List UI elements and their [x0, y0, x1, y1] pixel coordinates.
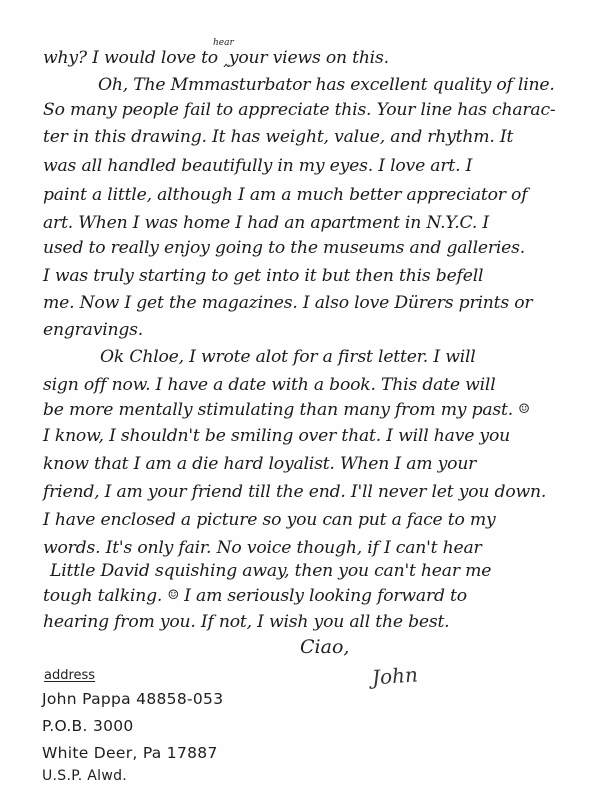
letter-line-19: words. It's only fair. No voice though, …	[43, 538, 482, 558]
letter-line-7: art. When I was home I had an apartment …	[43, 213, 489, 233]
letter-line-22: hearing from you. If not, I wish you all…	[43, 612, 449, 632]
smiley-face-icon: ☺	[518, 400, 529, 420]
address-line-facility: U.S.P. Alwd.	[42, 768, 127, 784]
letter-line-12: Ok Chloe, I wrote alot for a first lette…	[100, 347, 476, 367]
letter-line-16: know that I am a die hard loyalist. When…	[43, 454, 476, 474]
letter-line-4: ter in this drawing. It has weight, valu…	[43, 127, 513, 147]
letter-line-20: Little David squishing away, then you ca…	[50, 561, 491, 581]
letter-line-10: me. Now I get the magazines. I also love…	[43, 293, 532, 313]
letter-line-8: used to really enjoy going to the museum…	[43, 238, 525, 258]
inserted-word-hear: hear	[213, 38, 234, 48]
letter-line-5: was all handled beautifully in my eyes. …	[43, 156, 472, 176]
letter-line-6: paint a little, although I am a much bet…	[43, 185, 527, 205]
letter-page: hear why? I would love to ‸your views on…	[0, 0, 613, 792]
letter-line-13: sign off now. I have a date with a book.…	[43, 375, 496, 395]
letter-line-3: So many people fail to appreciate this. …	[43, 100, 555, 120]
letter-line-17: friend, I am your friend till the end. I…	[43, 482, 546, 502]
letter-line-18: I have enclosed a picture so you can put…	[43, 510, 496, 530]
closing-salutation: Ciao,	[300, 636, 349, 658]
letter-line-14-text: be more mentally stimulating than many f…	[43, 400, 513, 420]
letter-line-1: why? I would love to ‸your views on this…	[43, 48, 389, 68]
address-line-city: White Deer, Pa 17887	[42, 744, 218, 762]
letter-line-14: be more mentally stimulating than many f…	[43, 400, 530, 420]
letter-line-21: tough talking. ☺ I am seriously looking …	[43, 586, 467, 606]
letter-line-21a-text: tough talking.	[43, 586, 162, 606]
letter-line-11: engravings.	[43, 320, 143, 340]
signature: John	[371, 662, 418, 689]
address-line-po-box: P.O.B. 3000	[42, 717, 134, 735]
address-line-name: John Pappa 48858-053	[42, 690, 223, 708]
address-label: address	[44, 668, 95, 683]
smiley-face-icon: ☺	[167, 586, 178, 606]
letter-line-2: Oh, The Mmmasturbator has excellent qual…	[98, 75, 555, 95]
letter-line-15: I know, I shouldn't be smiling over that…	[43, 426, 510, 446]
letter-line-9: I was truly starting to get into it but …	[43, 266, 483, 286]
letter-line-21b-text: I am seriously looking forward to	[184, 586, 467, 606]
